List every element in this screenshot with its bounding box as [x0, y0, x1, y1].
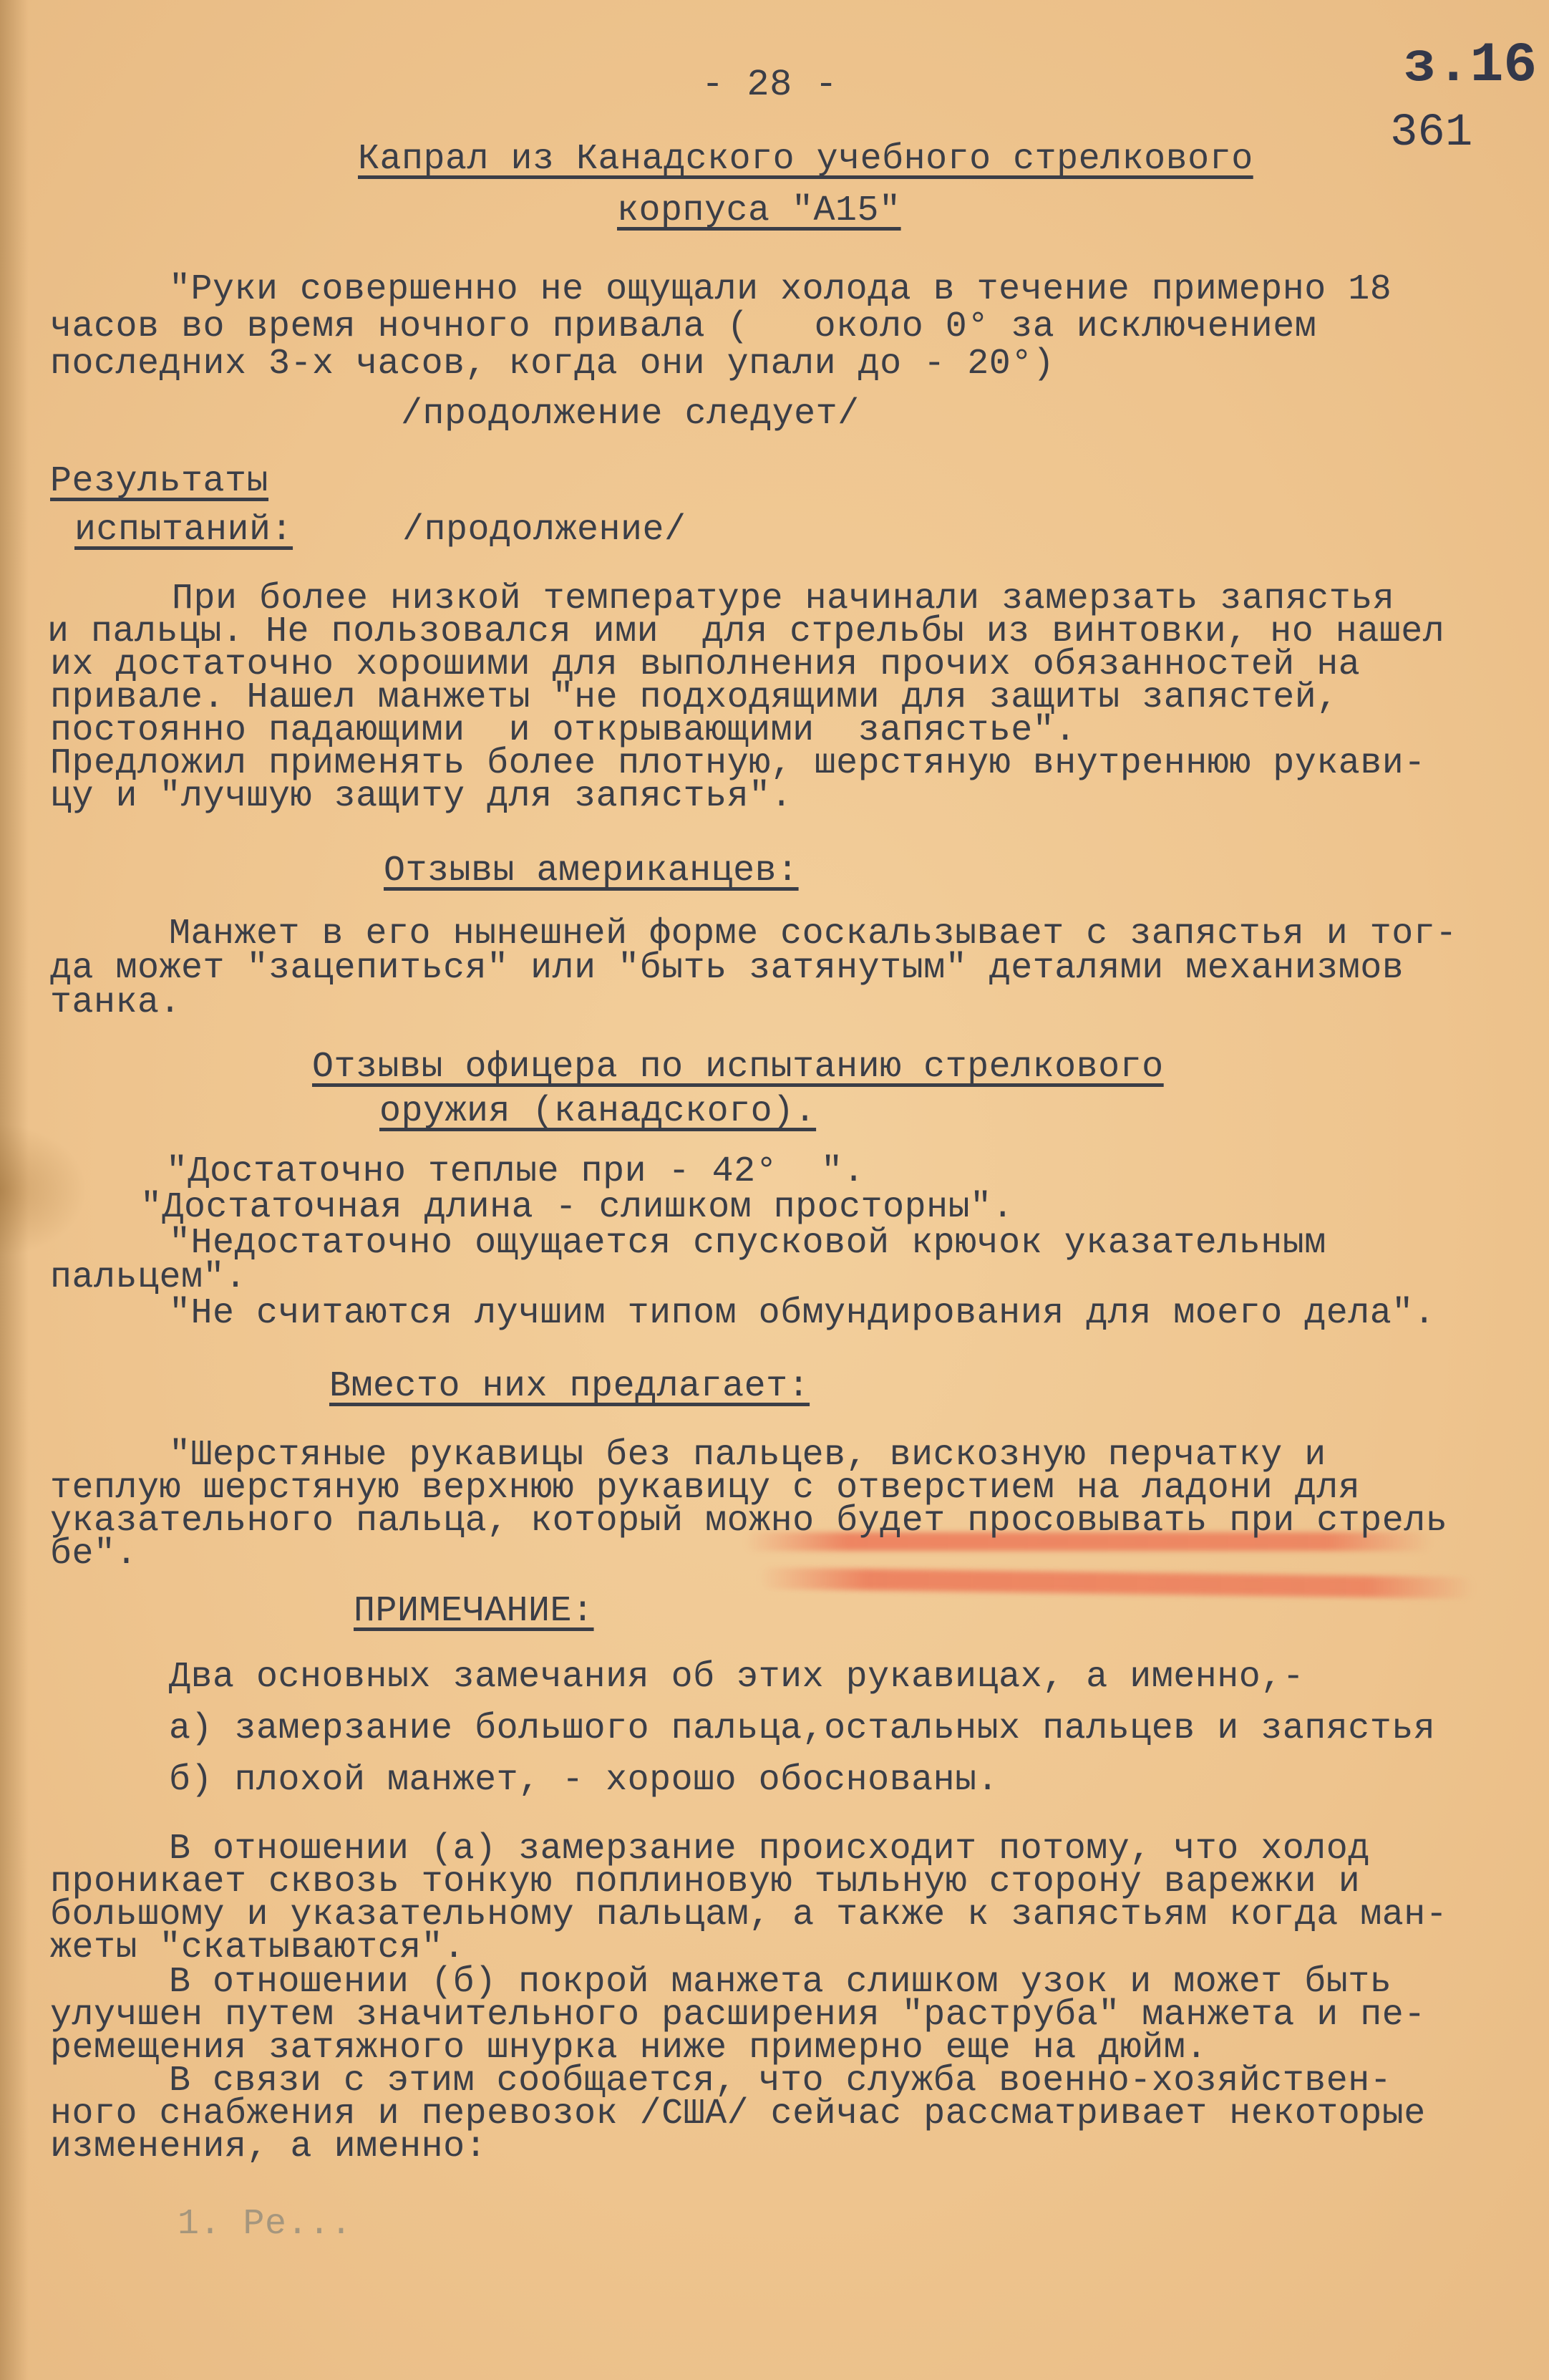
document-title-line1: Капрал из Канадского учебного стрелковог…	[358, 140, 1253, 179]
proposal-heading: Вместо них предлагает:	[329, 1368, 810, 1406]
results-continuation: /продолжение/	[402, 511, 686, 550]
quote-line: последних 3-х часов, когда они упали до …	[50, 345, 1054, 384]
archive-mark-top: з.16	[1403, 34, 1537, 97]
red-pencil-highlight	[759, 1567, 1475, 1599]
note-item: б) плохой манжет, - хорошо обоснованы.	[169, 1761, 999, 1800]
document-page: - 28 - з.16 361 Капрал из Канадского уче…	[0, 0, 1549, 2380]
quote-line: часов во время ночного привала ( около 0…	[50, 308, 1316, 347]
note-item: а) замерзание большого пальца,остальных …	[169, 1710, 1435, 1748]
results-heading-line2: испытаний:	[74, 511, 293, 550]
continuation-note: /продолжение следует/	[401, 395, 860, 434]
officer-heading-line1: Отзывы офицера по испытанию стрелкового	[312, 1048, 1164, 1087]
page-number: - 28 -	[701, 66, 837, 105]
americans-paragraph-line: да может "зацепиться" или "быть затянуты…	[50, 949, 1404, 988]
officer-quote: "Недостаточно ощущается спусковой крючок…	[169, 1224, 1326, 1263]
officer-quote: пальцем".	[50, 1259, 247, 1297]
quote-line: "Руки совершенно не ощущали холода в теч…	[169, 271, 1392, 309]
officer-quote: "Не считаются лучшим типом обмундировани…	[169, 1295, 1435, 1333]
results-heading-line1: Результаты	[50, 463, 268, 501]
archive-mark-sheet: 361	[1390, 107, 1472, 159]
explanation-c-line: изменения, а именно:	[50, 2128, 487, 2167]
proposal-paragraph-line: указательного пальца, который можно буде…	[50, 1502, 1447, 1541]
note-heading: ПРИМЕЧАНИЕ:	[354, 1592, 594, 1631]
officer-quote: "Достаточно теплые при - 42° ".	[166, 1153, 865, 1191]
faint-text-fragment: 1. Ре...	[178, 2205, 352, 2244]
proposal-paragraph-line: бе".	[50, 1535, 137, 1574]
binder-edge-shadow	[0, 0, 29, 2380]
officer-heading-line2: оружия (канадского).	[379, 1093, 816, 1131]
americans-heading: Отзывы американцев:	[384, 852, 799, 891]
officer-quote: "Достаточная длина - слишком просторны".	[140, 1189, 1014, 1227]
americans-paragraph-line: танка.	[50, 984, 181, 1022]
note-intro: Два основных замечания об этих рукавицах…	[169, 1658, 1304, 1697]
document-title-line2: корпуса "А15"	[617, 192, 901, 231]
results-paragraph-line: цу и "лучшую защиту для запястья".	[50, 778, 792, 816]
